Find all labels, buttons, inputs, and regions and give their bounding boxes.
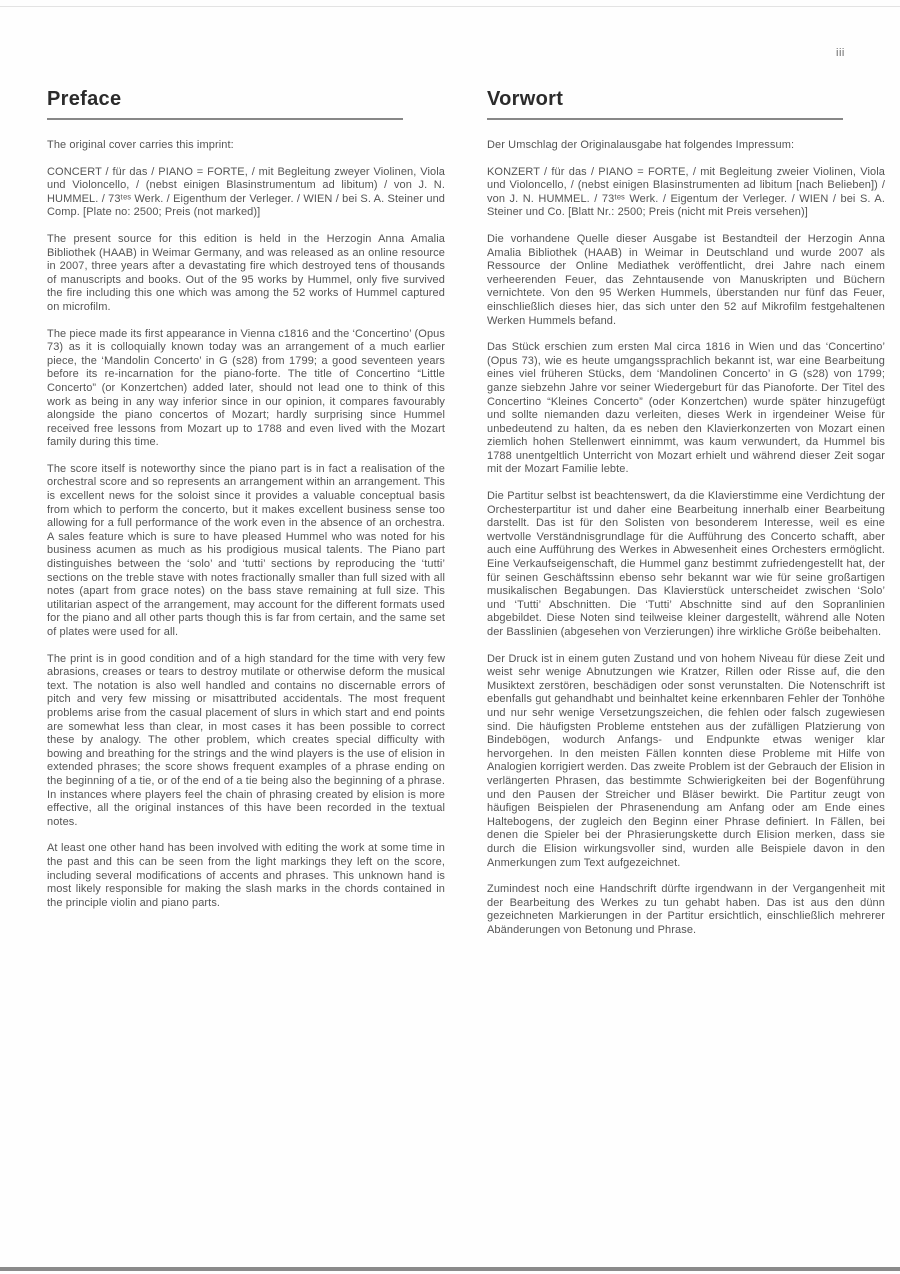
scan-edge-bottom — [0, 1267, 900, 1271]
vorwort-intro-paragraph: Der Umschlag der Originalausgabe hat fol… — [487, 139, 885, 153]
vorwort-heading: Vorwort — [487, 88, 885, 111]
preface-paragraph-history: The piece made its first appearance in V… — [47, 328, 445, 450]
preface-paragraph-print-condition: The print is in good condition and of a … — [47, 653, 445, 830]
preface-paragraph-source: The present source for this edition is h… — [47, 233, 445, 315]
vorwort-column: Vorwort Der Umschlag der Originalausgabe… — [487, 88, 885, 950]
preface-imprint-block: CONCERT / für das / PIANO = FORTE, / mit… — [47, 166, 445, 220]
scan-edge-top — [0, 6, 900, 7]
preface-paragraph-score: The score itself is noteworthy since the… — [47, 463, 445, 640]
vorwort-paragraph-quelle: Die vorhandene Quelle dieser Ausgabe ist… — [487, 233, 885, 328]
vorwort-paragraph-druck: Der Druck ist in einem guten Zustand und… — [487, 653, 885, 871]
document-page: iii Preface The original cover carries t… — [0, 0, 900, 1274]
vorwort-paragraph-geschichte: Das Stück erschien zum ersten Mal circa … — [487, 341, 885, 477]
page-number: iii — [836, 47, 845, 59]
vorwort-paragraph-partitur: Die Partitur selbst ist beachtenswert, d… — [487, 490, 885, 640]
preface-heading-rule — [47, 118, 403, 120]
preface-paragraph-other-hand: At least one other hand has been involve… — [47, 842, 445, 910]
preface-heading: Preface — [47, 88, 445, 111]
vorwort-paragraph-handschrift: Zumindest noch eine Handschrift dürfte i… — [487, 883, 885, 937]
vorwort-imprint-block: KONZERT / für das / PIANO = FORTE, / mit… — [487, 166, 885, 220]
vorwort-heading-rule — [487, 118, 843, 120]
preface-intro-paragraph: The original cover carries this imprint: — [47, 139, 445, 153]
preface-column: Preface The original cover carries this … — [47, 88, 445, 923]
